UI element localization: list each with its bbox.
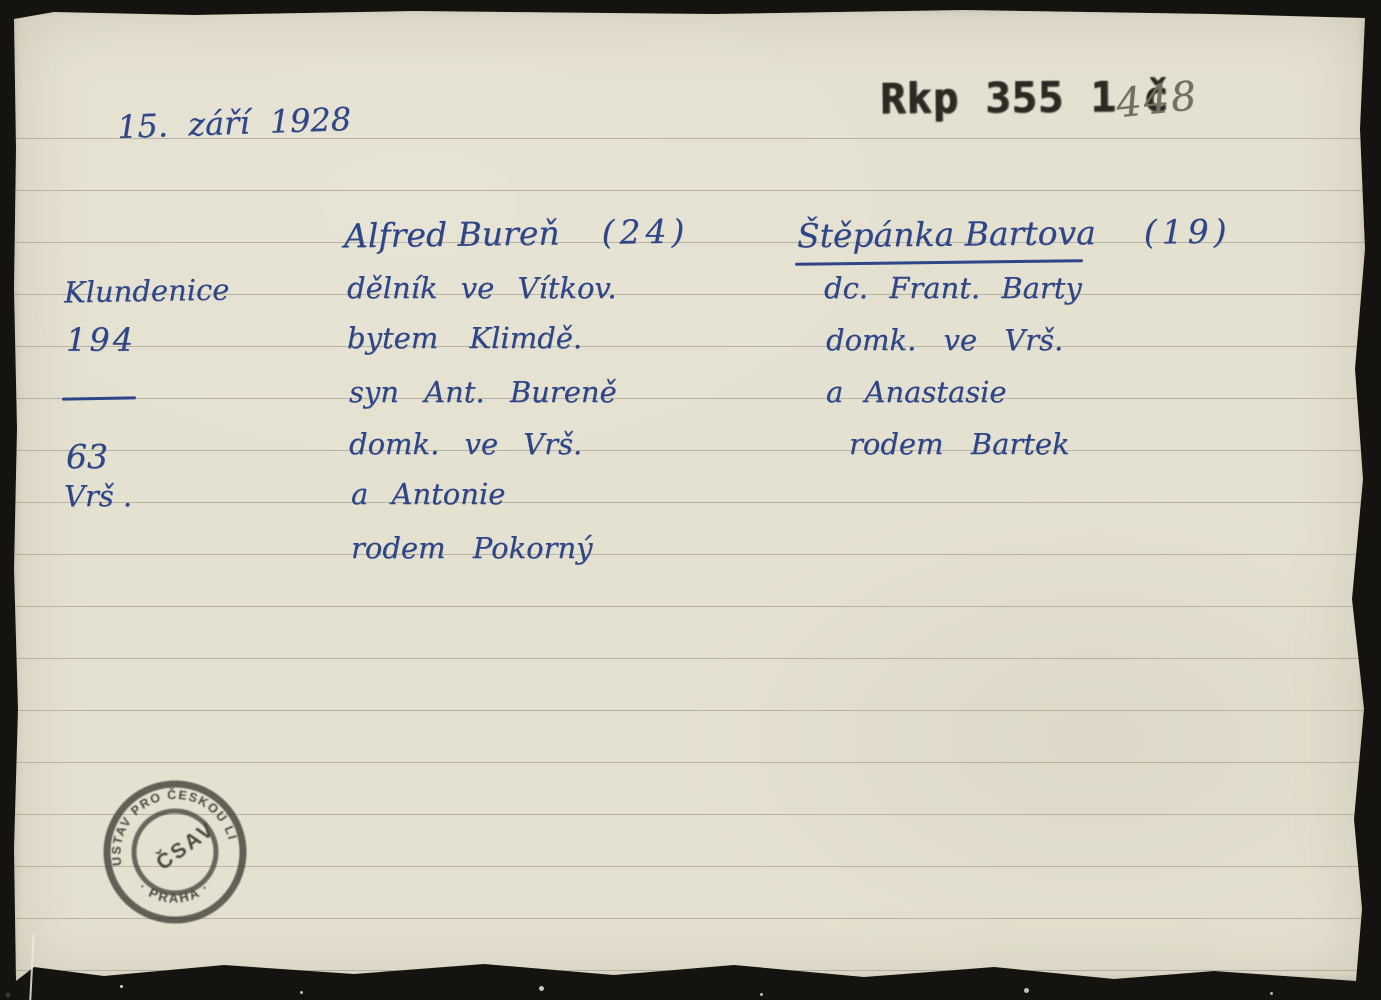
groom-age: (24)	[601, 212, 689, 252]
bride-father-residence: domk. ve Vrš.	[826, 323, 1063, 357]
margin-abbreviation: Vrš .	[64, 479, 132, 513]
bride-age: (19)	[1144, 212, 1232, 252]
bride-mother: a Anastasie	[826, 375, 1007, 409]
bride-name-row: Štěpánka Bartova (19)	[797, 212, 1232, 256]
groom-residence: bytem Klimdě.	[347, 321, 582, 355]
groom-name-row: Alfred Bureň (24)	[344, 212, 690, 256]
bride-mother-maiden-name: rodem Bartek	[849, 427, 1070, 461]
margin-place: Klundenice	[64, 273, 230, 310]
groom-mother: a Antonie	[351, 477, 505, 511]
groom-father-residence: domk. ve Vrš.	[349, 427, 582, 461]
paper-fibre-specks	[120, 985, 123, 988]
groom-occupation: dělník ve Vítkov.	[347, 271, 617, 305]
margin-number-2: 63	[66, 437, 108, 476]
photographed-archive-card: 15. září 1928 Rkp 355 1 č 448 Klundenice…	[0, 0, 1381, 1000]
svg-text:· PRAHA ·: · PRAHA ·	[134, 864, 214, 915]
groom-name: Alfred Bureň	[344, 213, 560, 255]
bride-name: Štěpánka Bartova	[797, 213, 1096, 255]
bride-father: dc. Frant. Barty	[824, 271, 1082, 305]
pencil-number: 448	[1114, 73, 1201, 127]
groom-father: syn Ant. Bureně	[349, 375, 617, 409]
stamp-center-text: ČSAV	[152, 816, 220, 875]
index-card: 15. září 1928 Rkp 355 1 č 448 Klundenice…	[14, 9, 1365, 981]
stamp-ring-bottom-text: · PRAHA ·	[134, 864, 214, 915]
groom-mother-maiden-name: rodem Pokorný	[351, 531, 593, 565]
margin-house-number: 194	[66, 321, 136, 359]
